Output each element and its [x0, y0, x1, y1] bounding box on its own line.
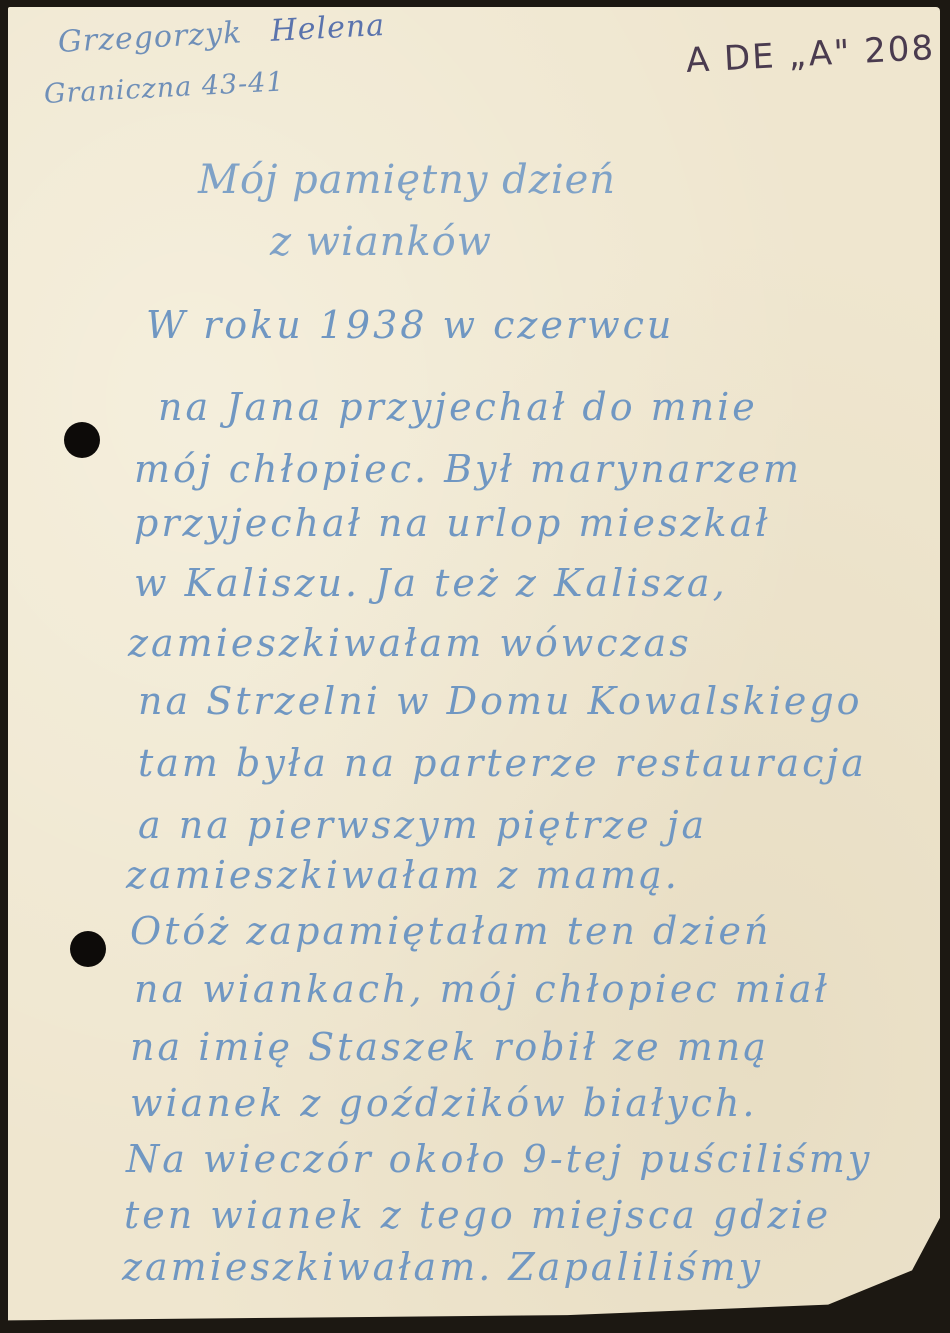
body-line-6: zamieszkiwałam wówczas: [128, 621, 692, 665]
body-line-17: zamieszkiwałam. Zapaliliśmy: [122, 1245, 763, 1289]
body-line-3: mój chłopiec. Był marynarzem: [134, 447, 802, 491]
body-line-5: w Kaliszu. Ja też z Kalisza,: [134, 561, 728, 605]
body-line-16: ten wianek z tego miejsca gdzie: [124, 1193, 831, 1237]
author-first-name: Helena: [270, 8, 386, 49]
body-line-11: Otóż zapamiętałam ten dzień: [130, 909, 772, 953]
letter-title-line-2: z wianków: [270, 219, 492, 265]
document-scan: Grzegorzyk Helena Graniczna 43-41 A DE „…: [0, 0, 950, 1333]
body-line-1: W roku 1938 w czerwcu: [146, 303, 674, 347]
body-line-7: na Strzelni w Domu Kowalskiego: [138, 679, 863, 723]
author-surname: Grzegorzyk: [57, 15, 243, 60]
punch-hole-top: [64, 422, 100, 458]
body-line-9: a na pierwszym piętrze ja: [138, 803, 707, 847]
body-line-12: na wiankach, mój chłopiec miał: [134, 967, 830, 1011]
punch-hole-bottom: [70, 931, 106, 967]
letter-title-line-1: Mój pamiętny dzień: [198, 157, 616, 203]
body-line-8: tam była na parterze restauracja: [138, 741, 867, 785]
body-line-14: wianek z goździków białych.: [130, 1081, 758, 1125]
body-line-2: na Jana przyjechał do mnie: [158, 385, 758, 429]
paper-sheet: Grzegorzyk Helena Graniczna 43-41 A DE „…: [8, 7, 940, 1323]
author-name: Grzegorzyk Helena: [57, 8, 386, 60]
archive-reference-code: A DE „A" 208: [685, 28, 936, 81]
body-line-15: Na wieczór około 9-tej puściliśmy: [126, 1137, 872, 1181]
author-address: Graniczna 43-41: [43, 66, 285, 110]
body-line-4: przyjechał na urlop mieszkał: [134, 501, 771, 545]
body-line-10: zamieszkiwałam z mamą.: [126, 853, 680, 897]
body-line-13: na imię Staszek robił ze mną: [130, 1025, 769, 1069]
